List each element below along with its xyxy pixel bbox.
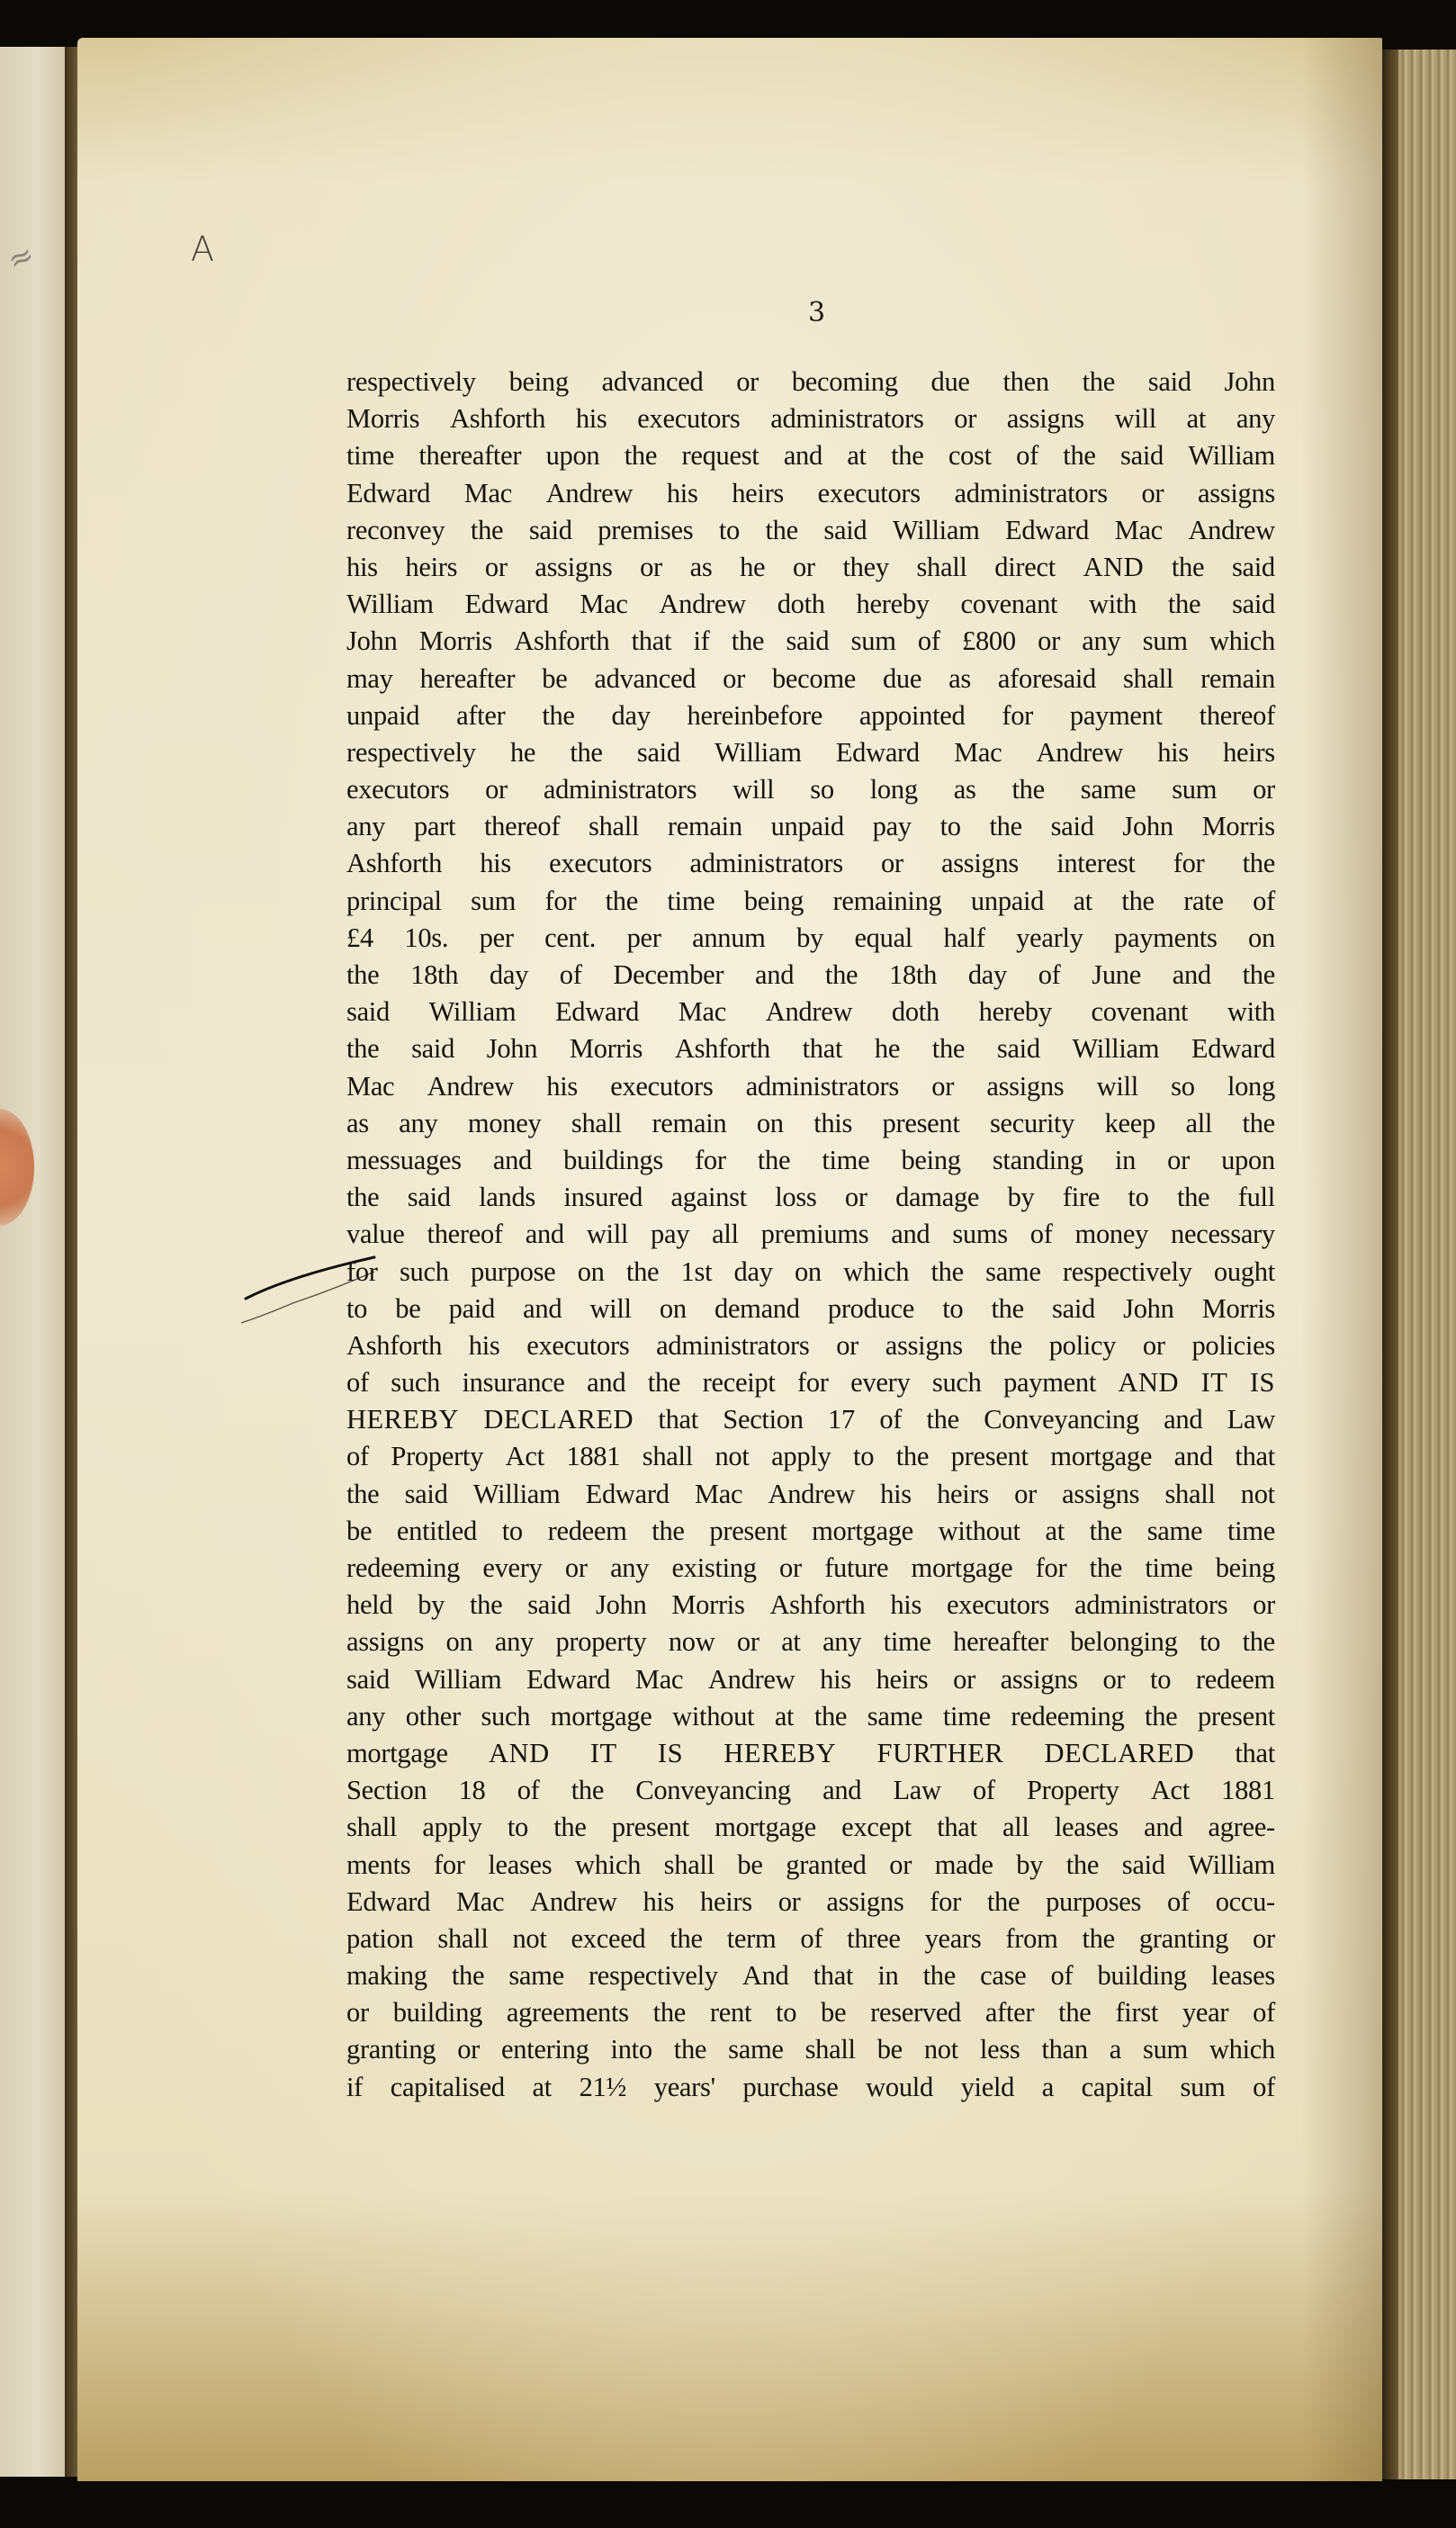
text-line: anyothersuchmortgagewithoutatthesametime… [346,1698,1275,1735]
text-line: WilliamEdwardMacAndrewdothherebycovenant… [346,586,1275,623]
text-line: respectivelybeingadvancedorbecomingdueth… [346,364,1275,400]
handwritten-margin-mark: A [191,229,214,269]
text-line: HEREBYDECLAREDthatSection17oftheConveyan… [346,1401,1275,1438]
red-wax-seal [0,1109,34,1226]
text-line: the18thdayofDecemberandthe18thdayofJunea… [346,957,1275,994]
text-line: thesaidWilliamEdwardMacAndrewhisheirsora… [346,1476,1275,1513]
text-line: £410s.percent.perannumbyequalhalfyearlyp… [346,920,1275,957]
text-line: executorsoradministratorswillsolongasthe… [346,771,1275,808]
text-line: valuethereofandwillpayallpremiumsandsums… [346,1216,1275,1253]
text-line: grantingorenteringintothesameshallbenotl… [346,2031,1275,2068]
text-line: MacAndrewhisexecutorsadministratorsorass… [346,1068,1275,1105]
text-line: mortgageANDITISHEREBYFURTHERDECLAREDthat [346,1735,1275,1772]
text-line: assignsonanypropertynoworatanytimehereaf… [346,1624,1275,1660]
text-line: EdwardMacAndrewhisheirsexecutorsadminist… [346,475,1275,512]
text-line: ifcapitalisedat21½years'purchasewouldyie… [346,2069,1275,2106]
text-line: saidWilliamEdwardMacAndrewhisheirsorassi… [346,1661,1275,1698]
text-line: thesaidlandsinsuredagainstlossordamageby… [346,1179,1275,1216]
text-line: Ashforthhisexecutorsadministratorsorassi… [346,1327,1275,1364]
text-line: thesaidJohnMorrisAshforththathethesaidWi… [346,1030,1275,1067]
text-line: ofPropertyAct1881shallnotapplytotheprese… [346,1438,1275,1475]
deed-text-body: respectivelybeingadvancedorbecomingdueth… [346,364,1275,2106]
text-line: mayhereafterbeadvancedorbecomedueasafore… [346,661,1275,697]
text-line: beentitledtoredeemthepresentmortgagewith… [346,1513,1275,1550]
text-line: pationshallnotexceedthetermofthreeyearsf… [346,1921,1275,1957]
text-line: redeemingeveryoranyexistingorfuturemortg… [346,1550,1275,1587]
page-number: 3 [808,297,825,328]
text-line: anypartthereofshallremainunpaidpaytothes… [346,808,1275,845]
text-line: timethereafterupontherequestandatthecost… [346,437,1275,474]
text-line: shallapplytothepresentmortgageexceptthat… [346,1809,1275,1846]
text-line: heldbythesaidJohnMorrisAshforthhisexecut… [346,1587,1275,1624]
text-line: makingthesamerespectivelyAndthatinthecas… [346,1957,1275,1994]
text-line: tobepaidandwillondemandproducetothesaidJ… [346,1291,1275,1327]
text-line: respectivelyhethesaidWilliamEdwardMacAnd… [346,734,1275,771]
text-line: saidWilliamEdwardMacAndrewdothherebycove… [346,994,1275,1030]
text-line: reconveythesaidpremisestothesaidWilliamE… [346,512,1275,549]
text-line: unpaidafterthedayhereinbeforeappointedfo… [346,697,1275,734]
text-line: forsuchpurposeonthe1stdayonwhichthesamer… [346,1254,1275,1291]
text-line: EdwardMacAndrewhisheirsorassignsforthepu… [346,1884,1275,1921]
text-line: JohnMorrisAshforththatifthesaidsumof£800… [346,623,1275,660]
text-line: asanymoneyshallremainonthispresentsecuri… [346,1105,1275,1142]
text-line: Ashforthhisexecutorsadministratorsorassi… [346,845,1275,882]
text-line: messuagesandbuildingsforthetimebeingstan… [346,1142,1275,1179]
text-line: MorrisAshforthhisexecutorsadministrators… [346,400,1275,437]
text-line: ofsuchinsuranceandthereceiptforeverysuch… [346,1364,1275,1401]
text-line: hisheirsorassignsorasheortheyshalldirect… [346,549,1275,586]
pencil-mark: ≈ [2,228,58,279]
text-line: Section18oftheConveyancingandLawofProper… [346,1772,1275,1809]
page-stack-edges [1382,49,1456,2479]
binding-gutter [65,47,77,2477]
text-line: orbuildingagreementstherenttobereserveda… [346,1994,1275,2031]
text-line: mentsforleaseswhichshallbegrantedormadeb… [346,1847,1275,1884]
text-line: principalsumforthetimebeingremainingunpa… [346,883,1275,920]
